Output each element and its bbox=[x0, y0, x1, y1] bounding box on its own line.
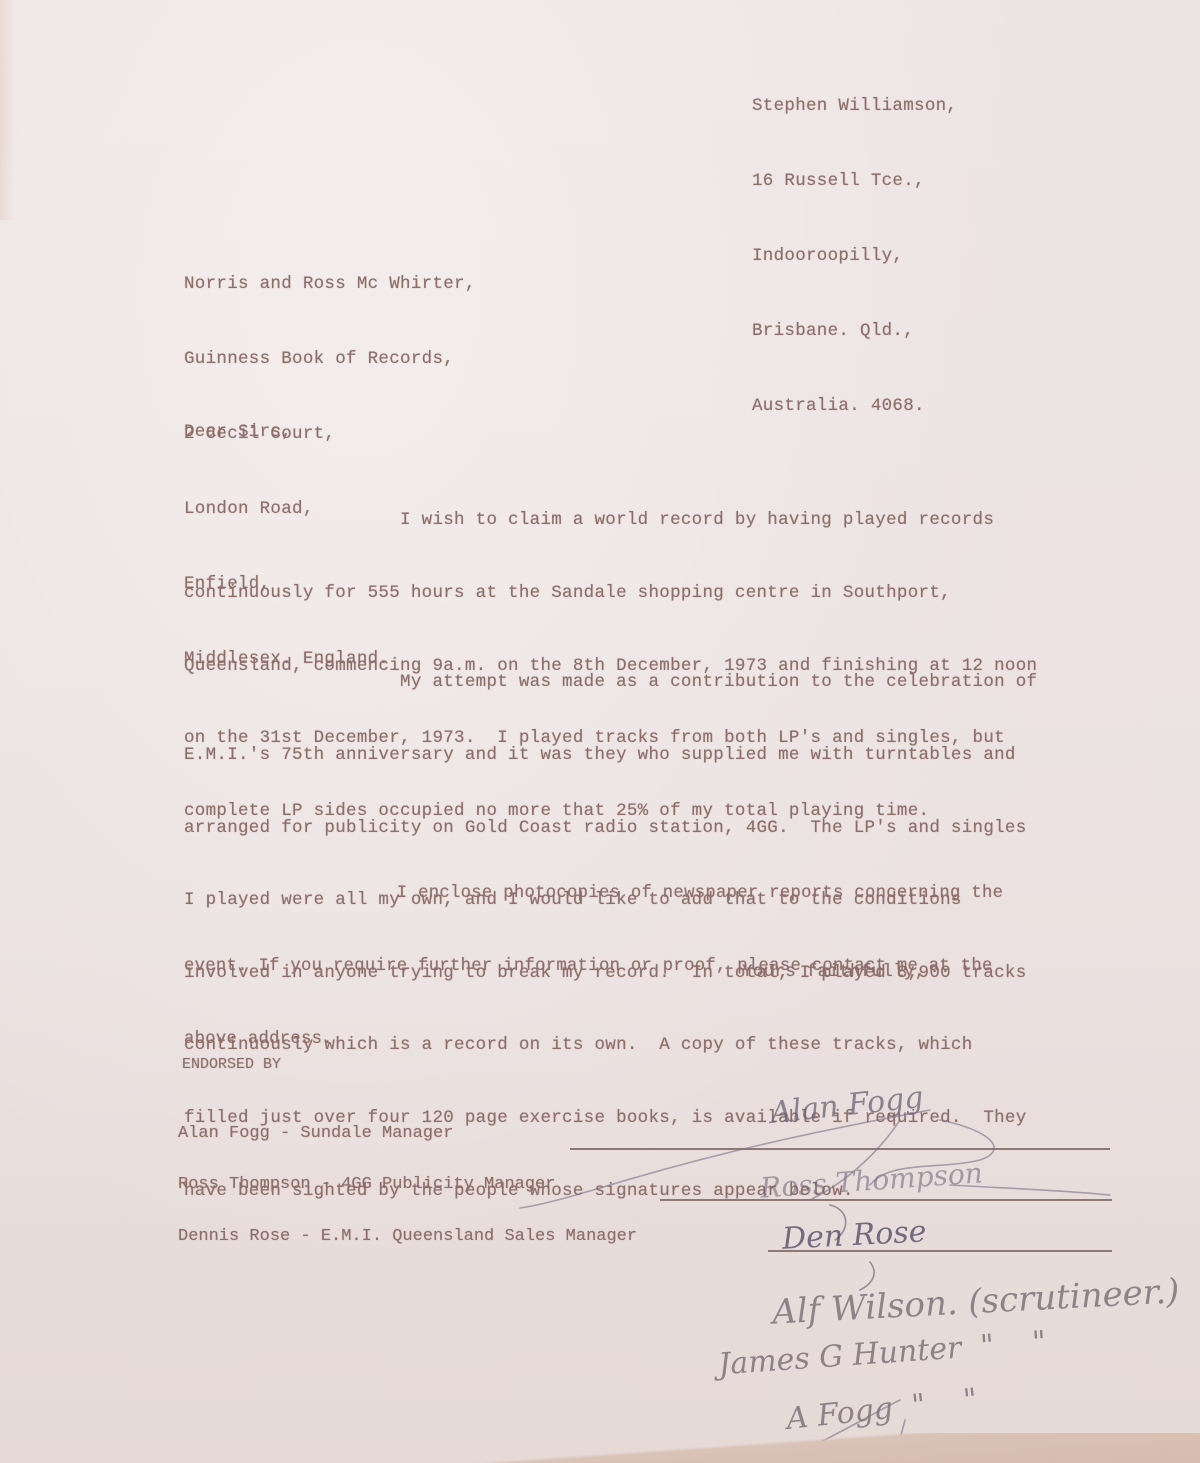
sender-address: Stephen Williamson, 16 Russell Tce., Ind… bbox=[752, 44, 957, 469]
closing: Yours faithfully, bbox=[742, 960, 926, 985]
recipient-address-line: Norris and Ross Mc Whirter, bbox=[184, 272, 476, 297]
handwritten-note-fogg: A Fogg " " bbox=[785, 1382, 979, 1437]
sender-address-line: Brisbane. Qld., bbox=[752, 319, 957, 344]
paper-edge-shadow bbox=[0, 0, 14, 220]
endorser-alan-fogg: Alan Fogg - Sundale Manager bbox=[178, 1124, 453, 1143]
paragraph-line: My attempt was made as a contribution to… bbox=[184, 670, 1037, 694]
paragraph-line: I wish to claim a world record by having… bbox=[184, 508, 1037, 532]
sender-address-line: 16 Russell Tce., bbox=[752, 169, 957, 194]
sender-address-line: Indooroopilly, bbox=[752, 244, 957, 269]
sender-address-line: Stephen Williamson, bbox=[752, 94, 957, 119]
handwritten-note-hunter: James G Hunter " " bbox=[717, 1325, 1047, 1383]
signature-line-1 bbox=[570, 1148, 1110, 1150]
paragraph-line: I enclose photocopies of newspaper repor… bbox=[184, 881, 1003, 905]
sender-address-line: Australia. 4068. bbox=[752, 394, 957, 419]
endorser-dennis-rose: Dennis Rose - E.M.I. Queensland Sales Ma… bbox=[178, 1227, 637, 1246]
paragraph-line: above address. bbox=[184, 1027, 1003, 1051]
paragraph-line: E.M.I.'s 75th anniversary and it was the… bbox=[184, 743, 1037, 767]
letter-paper: Stephen Williamson, 16 Russell Tce., Ind… bbox=[0, 0, 1200, 1463]
recipient-address-line: Guinness Book of Records, bbox=[184, 347, 476, 372]
endorser-ross-thompson: Ross Thompson - 4GG Publicity Manager bbox=[178, 1175, 555, 1194]
salutation: Dear Sirs, bbox=[184, 420, 292, 445]
signature-line-2 bbox=[660, 1199, 1112, 1201]
handwritten-note-scrutineer: Alf Wilson. (scrutineer.) bbox=[771, 1271, 1180, 1332]
paper-bottom-edge bbox=[0, 1433, 1200, 1463]
paragraph-line: continuously for 555 hours at the Sandal… bbox=[184, 581, 1037, 605]
endorsed-by-heading: ENDORSED BY bbox=[182, 1056, 281, 1073]
